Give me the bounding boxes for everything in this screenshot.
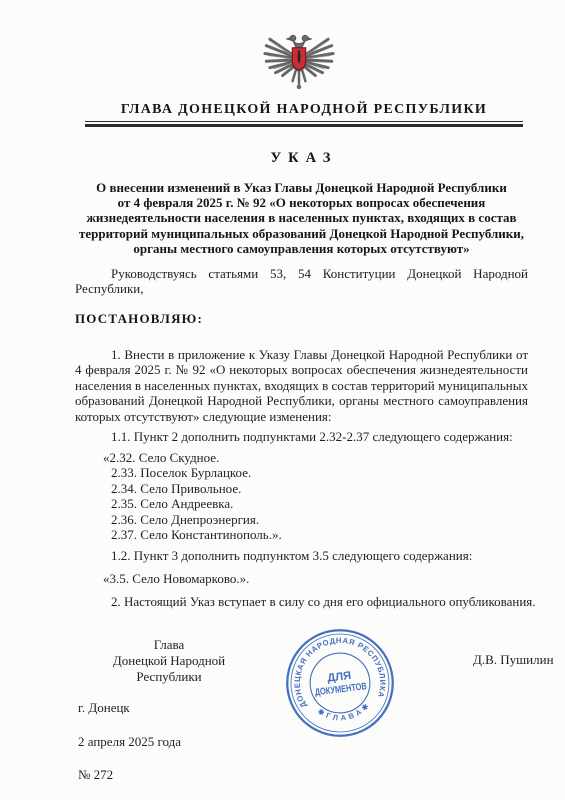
org-title: ГЛАВА ДОНЕЦКОЙ НАРОДНОЙ РЕСПУБЛИКИ [85,102,523,118]
official-round-stamp: ДОНЕЦКАЯ НАРОДНАЯ РЕСПУБЛИКА ✱ Г Л А В А… [278,621,403,746]
doc-type-heading: УКАЗ [85,150,523,167]
subpoint-item: 2.34. Село Привольное. [111,481,531,496]
eagle-tail-ornament [297,85,302,90]
decree-title-line: органы местного самоуправления которых о… [75,241,528,256]
place-line: г. Донецк [78,700,130,715]
number-line: № 272 [78,767,113,782]
decree-title-line: жизнедеятельности населения в населенных… [75,210,528,225]
resolution-word: ПОСТАНОВЛЯЮ: [75,311,203,327]
subpoint-item: 2.33. Поселок Бурлацкое. [111,465,531,480]
subpoint-list-2: «2.32. Село Скудное.2.33. Поселок Бурлац… [111,450,531,542]
dnr-coat-of-arms-icon [263,30,335,94]
preamble: Руководствуясь статьями 53, 54 Конституц… [75,266,528,297]
decree-item-1-1: 1.1. Пункт 2 дополнить подпунктами 2.32-… [75,429,545,444]
subpoint-item: 2.36. Село Днепроэнергия. [111,512,531,527]
subpoint-3-5: «3.5. Село Новомарково.». [111,571,531,586]
eagle-heads [286,35,311,49]
decree-item-1-2: 1.2. Пункт 3 дополнить подпунктом 3.5 сл… [75,548,545,563]
subpoint-item: «2.32. Село Скудное. [111,450,531,465]
header-divider [85,121,523,127]
decree-title-line: территорий муниципальных образований Дон… [75,226,528,241]
decree-item-1: 1. Внести в приложение к Указу Главы Дон… [75,347,528,424]
signature-post-line2: Донецкой Народной Республики [80,653,258,685]
central-shield [292,48,306,70]
decree-item-2: 2. Настоящий Указ вступает в силу со дня… [75,594,555,609]
eagle-tail [293,71,306,84]
decree-title: О внесении изменений в Указ Главы Донецк… [75,180,528,256]
signature-name: Д.В. Пушилин [473,652,554,667]
subpoint-item: 2.37. Село Константинополь.». [111,527,531,542]
stamp-center-line2: ДОКУМЕНТОВ [314,681,367,698]
date-line: 2 апреля 2025 года [78,734,181,749]
decree-title-line: О внесении изменений в Указ Главы Донецк… [75,180,528,195]
signature-post: Глава Донецкой Народной Республики [80,637,258,685]
decree-document-page: ГЛАВА ДОНЕЦКОЙ НАРОДНОЙ РЕСПУБЛИКИ УКАЗ … [0,0,565,800]
decree-title-line: от 4 февраля 2025 г. № 92 «О некоторых в… [75,195,528,210]
signature-post-line1: Глава [80,637,258,653]
subpoint-item: 2.35. Село Андреевка. [111,496,531,511]
